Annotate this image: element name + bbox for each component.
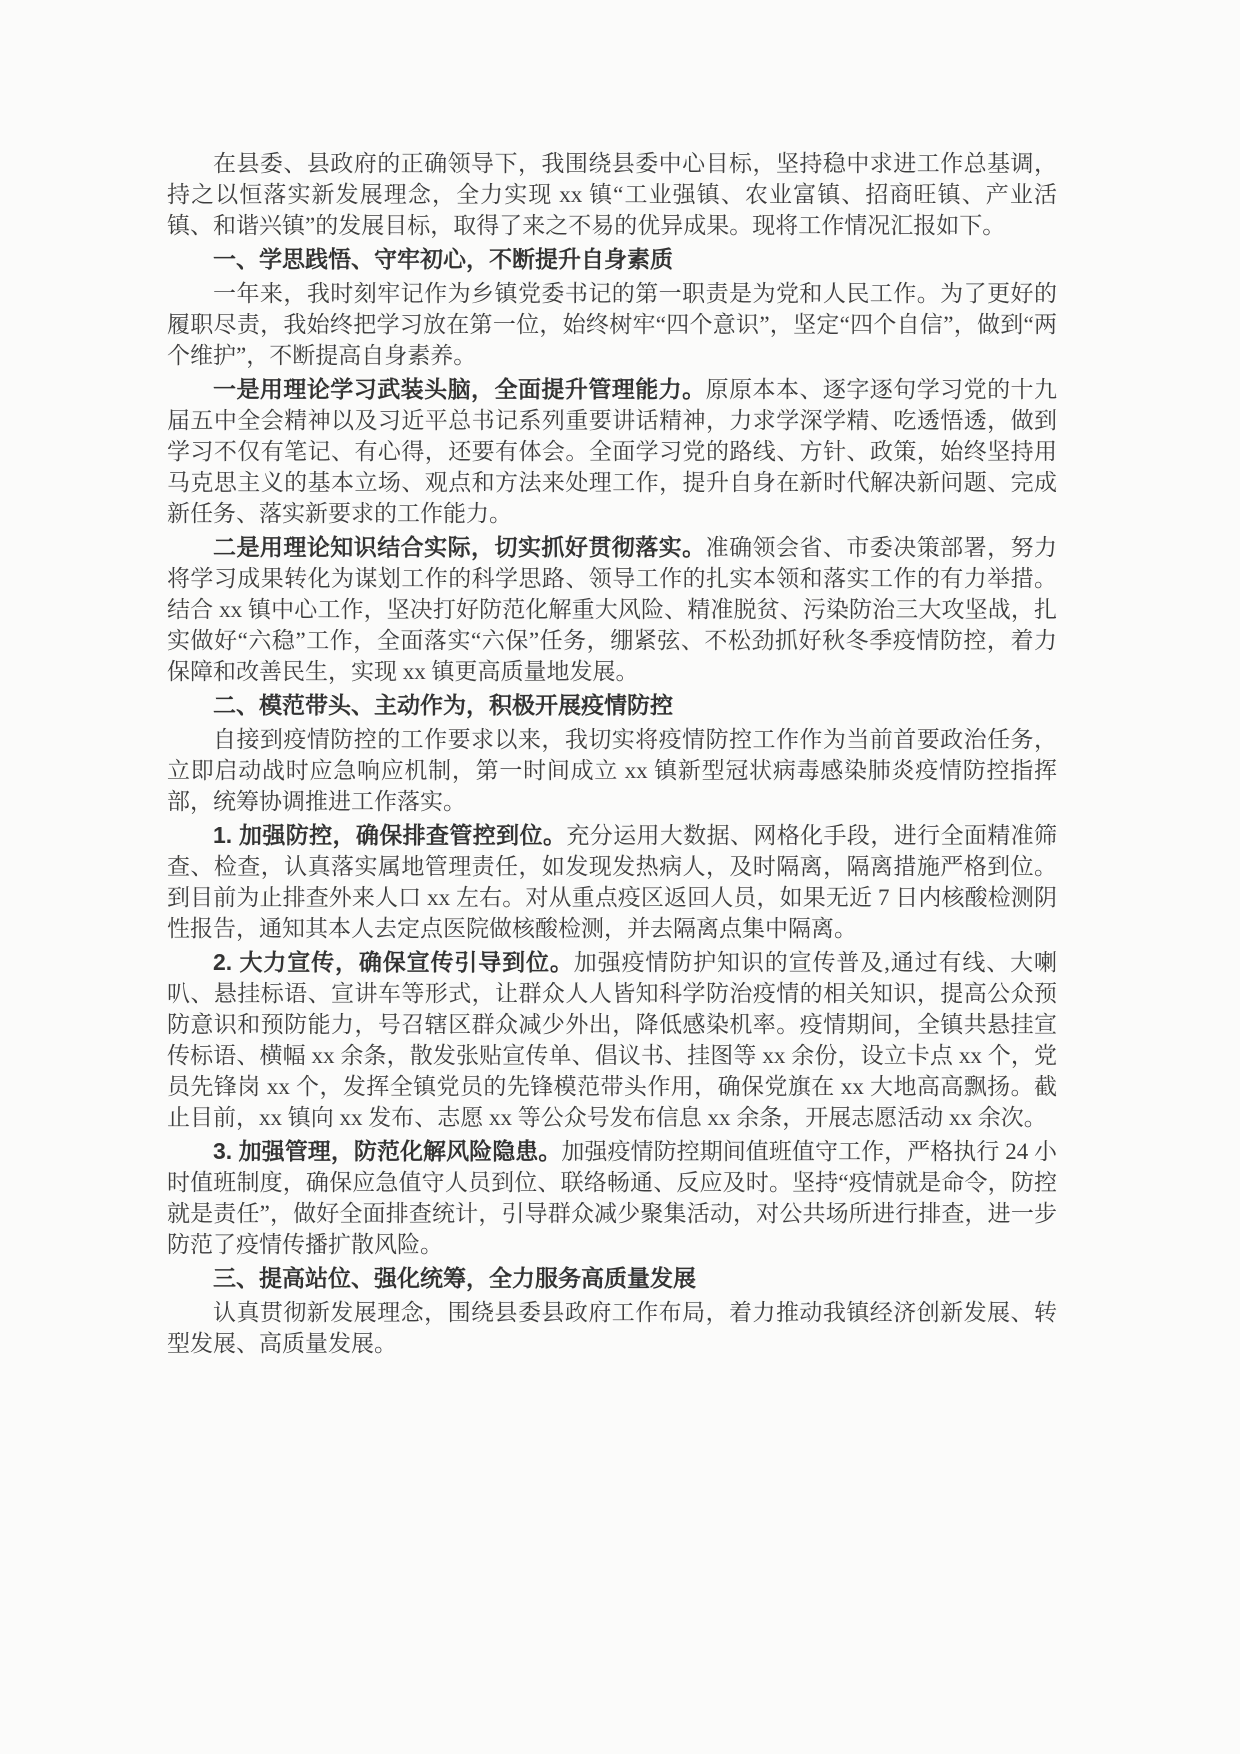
body-paragraph: 二是用理论知识结合实际，切实抓好贯彻落实。准确领会省、市委决策部署，努力将学习成… — [167, 532, 1057, 687]
body-paragraph: 在县委、县政府的正确领导下，我围绕县委中心目标，坚持稳中求进工作总基调，持之以恒… — [167, 148, 1057, 241]
body-paragraph: 认真贯彻新发展理念，围绕县委县政府工作布局，着力推动我镇经济创新发展、转型发展、… — [167, 1297, 1057, 1359]
paragraph-lead-bold: 一是用理论学习武装头脑，全面提升管理能力。 — [213, 376, 706, 402]
body-paragraph: 1. 加强防控，确保排查管控到位。充分运用大数据、网格化手段，进行全面精准筛查、… — [167, 820, 1057, 944]
paragraph-lead-bold: 3. 加强管理，防范化解风险隐患。 — [213, 1138, 561, 1164]
body-paragraph: 自接到疫情防控的工作要求以来，我切实将疫情防控工作作为当前首要政治任务，立即启动… — [167, 724, 1057, 817]
paragraph-lead-bold: 1. 加强防控，确保排查管控到位。 — [213, 822, 566, 848]
document-page-body: 在县委、县政府的正确领导下，我围绕县委中心目标，坚持稳中求进工作总基调，持之以恒… — [167, 148, 1057, 1362]
section-heading: 三、提高站位、强化统筹，全力服务高质量发展 — [167, 1263, 1057, 1294]
section-heading: 一、学思践悟、守牢初心，不断提升自身素质 — [167, 244, 1057, 275]
body-paragraph: 3. 加强管理，防范化解风险隐患。加强疫情防控期间值班值守工作，严格执行 24 … — [167, 1136, 1057, 1260]
body-paragraph: 一是用理论学习武装头脑，全面提升管理能力。原原本本、逐字逐句学习党的十九届五中全… — [167, 374, 1057, 529]
body-paragraph: 一年来，我时刻牢记作为乡镇党委书记的第一职责是为党和人民工作。为了更好的履职尽责… — [167, 278, 1057, 371]
body-paragraph: 2. 大力宣传，确保宣传引导到位。加强疫情防护知识的宣传普及,通过有线、大喇叭、… — [167, 947, 1057, 1133]
paragraph-lead-bold: 二是用理论知识结合实际，切实抓好贯彻落实。 — [213, 534, 706, 560]
section-heading: 二、模范带头、主动作为，积极开展疫情防控 — [167, 690, 1057, 721]
paragraph-lead-bold: 2. 大力宣传，确保宣传引导到位。 — [213, 949, 574, 975]
